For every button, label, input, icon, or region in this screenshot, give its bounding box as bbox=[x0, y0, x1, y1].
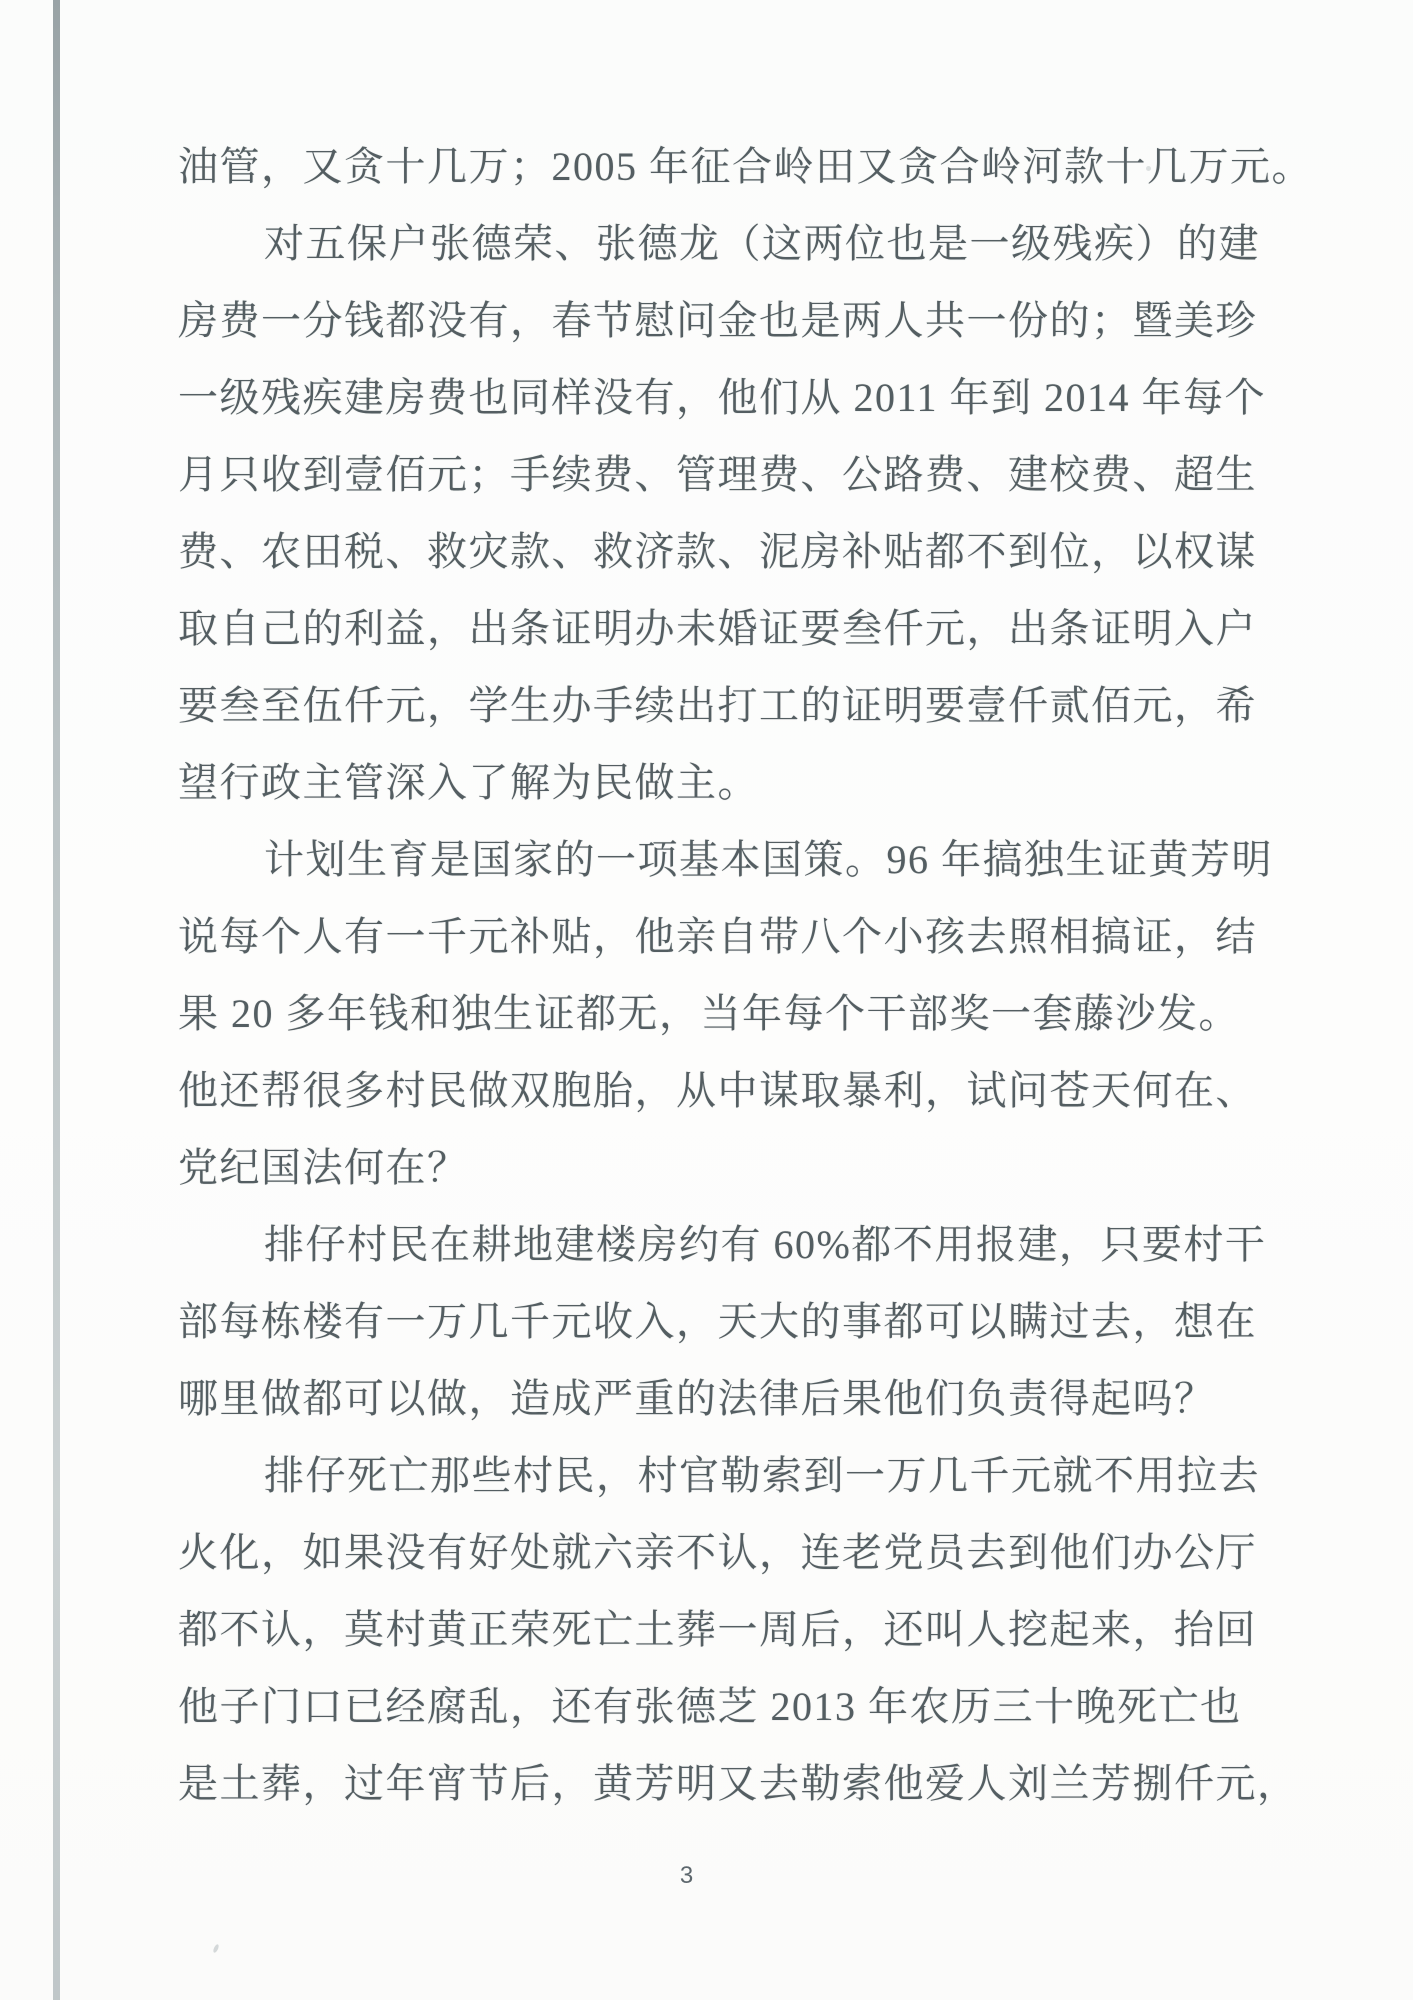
text-line: 是土葬，过年宵节后，黄芳明又去勒索他爱人刘兰芳捌仟元， bbox=[178, 1745, 1198, 1822]
text-line: 费、农田税、救灾款、救济款、泥房补贴都不到位，以权谋 bbox=[178, 513, 1198, 590]
text-line: 计划生育是国家的一项基本国策。96 年搞独生证黄芳明 bbox=[178, 821, 1198, 898]
text-line: 取自己的利益，出条证明办未婚证要叁仟元，出条证明入户 bbox=[178, 590, 1198, 667]
text-line: 月只收到壹佰元；手续费、管理费、公路费、建校费、超生 bbox=[178, 436, 1198, 513]
text-line: 都不认，莫村黄正荣死亡土葬一周后，还叫人挖起来，抬回 bbox=[178, 1591, 1198, 1668]
text-line: 油管，又贪十几万；2005 年征合岭田又贪合岭河款十几万元。 bbox=[178, 128, 1198, 205]
text-line: 一级残疾建房费也同样没有，他们从 2011 年到 2014 年每个 bbox=[178, 359, 1198, 436]
text-line: 望行政主管深入了解为民做主。 bbox=[178, 744, 1198, 821]
text-line: 要叁至伍仟元，学生办手续出打工的证明要壹仟贰佰元，希 bbox=[178, 667, 1198, 744]
text-line: 说每个人有一千元补贴，他亲自带八个小孩去照相搞证，结 bbox=[178, 898, 1198, 975]
text-line: 果 20 多年钱和独生证都无，当年每个干部奖一套藤沙发。 bbox=[178, 975, 1198, 1052]
scan-edge-artifact bbox=[53, 0, 60, 2000]
page-number: 3 bbox=[0, 1862, 1393, 1890]
text-line: 房费一分钱都没有，春节慰问金也是两人共一份的；暨美珍 bbox=[178, 282, 1198, 359]
text-line: 他还帮很多村民做双胞胎，从中谋取暴利，试问苍天何在、 bbox=[178, 1052, 1198, 1129]
scanned-document-page: 油管，又贪十几万；2005 年征合岭田又贪合岭河款十几万元。对五保户张德荣、张德… bbox=[0, 0, 1413, 2000]
text-line: 他子门口已经腐乱，还有张德芝 2013 年农历三十晚死亡也 bbox=[178, 1668, 1198, 1745]
text-line: 对五保户张德荣、张德龙（这两位也是一级残疾）的建 bbox=[178, 205, 1198, 282]
text-line: 火化，如果没有好处就六亲不认，连老党员去到他们办公厅 bbox=[178, 1514, 1198, 1591]
text-line: 哪里做都可以做，造成严重的法律后果他们负责得起吗？ bbox=[178, 1360, 1198, 1437]
text-line: 部每栋楼有一万几千元收入，天大的事都可以瞒过去，想在 bbox=[178, 1283, 1198, 1360]
text-line: 排仔死亡那些村民，村官勒索到一万几千元就不用拉去 bbox=[178, 1437, 1198, 1514]
scan-speck bbox=[212, 1944, 219, 1954]
document-body: 油管，又贪十几万；2005 年征合岭田又贪合岭河款十几万元。对五保户张德荣、张德… bbox=[178, 128, 1198, 1822]
text-line: 排仔村民在耕地建楼房约有 60%都不用报建，只要村干 bbox=[178, 1206, 1198, 1283]
text-line: 党纪国法何在？ bbox=[178, 1129, 1198, 1206]
